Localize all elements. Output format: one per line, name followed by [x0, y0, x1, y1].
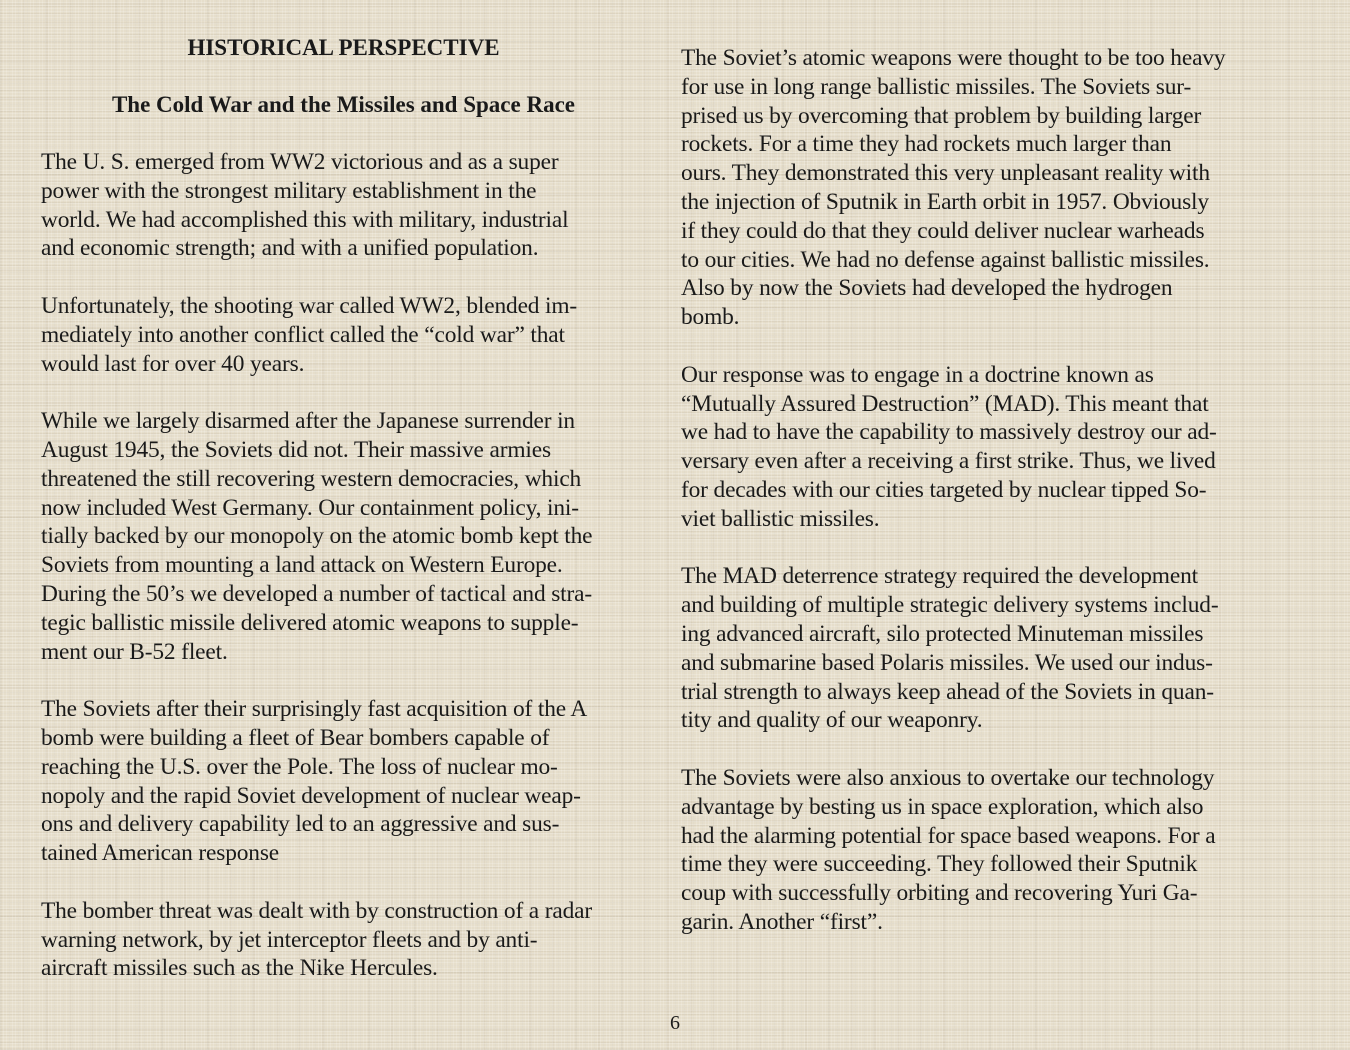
paragraph-us-emerged: The U. S. emerged from WW2 victorious an… [41, 148, 651, 263]
page-number: 6 [0, 1011, 1350, 1035]
paragraph-delivery-systems: The MAD deterrence strategy required the… [681, 562, 1281, 735]
paragraph-spacer [681, 534, 1281, 563]
paragraph-cold-war: Unfortunately, the shooting war called W… [41, 292, 651, 378]
paragraph-spacer [681, 332, 1281, 361]
paragraph-sputnik: The Soviet’s atomic weapons were thought… [681, 44, 1281, 332]
paragraph-bomber-threat: The bomber threat was dealt with by cons… [41, 897, 651, 983]
paragraph-mad-doctrine: Our response was to engage in a doctrine… [681, 361, 1281, 534]
paragraph-spacer [41, 868, 651, 897]
right-column: The Soviet’s atomic weapons were thought… [681, 44, 1281, 937]
paragraph-spacer [41, 378, 651, 407]
paragraph-spacer [41, 263, 651, 292]
left-column-body: The U. S. emerged from WW2 victorious an… [41, 148, 651, 983]
paragraph-spacer [681, 735, 1281, 764]
paragraph-space-race: The Soviets were also anxious to overtak… [681, 764, 1281, 937]
paragraph-soviet-armies: While we largely disarmed after the Japa… [41, 407, 651, 666]
section-title: HISTORICAL PERSPECTIVE [41, 34, 646, 62]
paragraph-bear-bombers: The Soviets after their surprisingly fas… [41, 695, 651, 868]
article-subtitle: The Cold War and the Missiles and Space … [41, 91, 646, 119]
paragraph-spacer [41, 666, 651, 695]
